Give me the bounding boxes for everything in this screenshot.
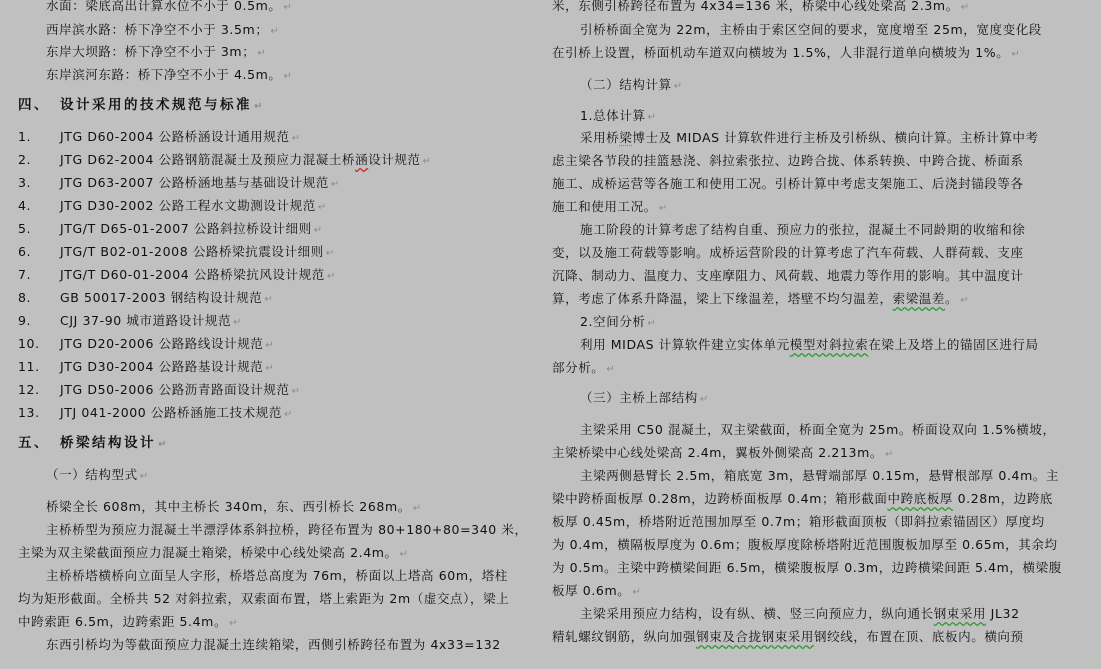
- paragraph-mark-icon: ↵: [257, 48, 266, 59]
- body-line: 主梁为双主梁截面预应力混凝土箱梁，桥梁中心线处梁高 2.4m。↵: [18, 545, 409, 563]
- body-line: 部分析。↵: [552, 360, 615, 378]
- body-line: 为 0.5m。主梁中跨横梁间距 6.5m，横梁腹板厚 0.3m，边跨横梁间距 5…: [552, 560, 1062, 576]
- paragraph-mark-icon: ↵: [400, 549, 409, 560]
- subheading-overall-calc: 1.总体计算↵: [580, 108, 657, 126]
- body-line: 变，以及施工荷载等影响。成桥运营阶段的计算考虑了汽车荷载、人群荷载、支座: [552, 245, 1024, 261]
- body-line: 施工和使用工况。↵: [552, 199, 668, 217]
- body-line: 施工阶段的计算考虑了结构自重、预应力的张拉，混凝土不同龄期的收缩和徐: [580, 222, 1025, 238]
- body-line: 均为矩形截面。全桥共 52 对斜拉索，双索面布置，塔上索距为 2m（虚交点），梁…: [18, 591, 509, 607]
- paragraph-mark-icon: ↵: [158, 439, 169, 450]
- paragraph-mark-icon: ↵: [1011, 49, 1020, 60]
- paragraph-mark-icon: ↵: [327, 271, 336, 282]
- body-line: 沉降、制动力、温度力、支座摩阻力、风荷载、地震力等作用的影响。其中温度计: [552, 268, 1024, 284]
- paragraph-mark-icon: ↵: [648, 112, 657, 123]
- paragraph-mark-icon: ↵: [960, 295, 969, 306]
- standard-item: 6.JTG/T B02-01-2008 公路桥梁抗震设计细则↵: [18, 244, 335, 262]
- paragraph-mark-icon: ↵: [326, 248, 335, 259]
- body-line: 主梁两侧悬臂长 2.5m，箱底宽 3m，悬臂端部厚 0.15m，悬臂根部厚 0.…: [580, 468, 1059, 484]
- body-line: 施工、成桥运营等各施工和使用工况。引桥计算中考虑支架施工、后浇封锚段等各: [552, 176, 1024, 192]
- paragraph-mark-icon: ↵: [659, 203, 668, 214]
- section-heading-4: 四、设计采用的技术规范与标准↵: [18, 97, 265, 115]
- paragraph-mark-icon: ↵: [292, 133, 301, 144]
- paragraph-mark-icon: ↵: [413, 503, 422, 514]
- standard-item: 12.JTG D50-2006 公路沥青路面设计规范↵: [18, 382, 301, 400]
- standard-item: 9.CJJ 37-90 城市道路设计规范↵: [18, 313, 242, 331]
- body-line: 虑主梁各节段的挂篮悬浇、斜拉索张拉、边跨合拢、体系转换、中跨合拢、桥面系: [552, 153, 1024, 169]
- subheading-structure-type: （一）结构型式↵: [46, 467, 149, 485]
- paragraph-mark-icon: ↵: [264, 294, 273, 305]
- paragraph-mark-icon: ↵: [140, 471, 149, 482]
- body-line: 主梁采用 C50 混凝土，双主梁截面，桥面全宽为 25m。桥面设双向 1.5%横…: [580, 422, 1056, 438]
- paragraph-mark-icon: ↵: [314, 225, 323, 236]
- paragraph-mark-icon: ↵: [229, 618, 238, 629]
- grammar-flag: 钢束及合拢钢束采用: [696, 629, 814, 644]
- body-line: 引桥桥面全宽为 22m，主桥由于索区空间的要求，宽度增至 25m，宽度变化段: [580, 22, 1042, 38]
- body-line: 利用 MIDAS 计算软件建立实体单元模型对斜拉索在梁上及塔上的锚固区进行局: [580, 337, 1039, 353]
- grammar-flag: 模型对斜拉索: [790, 337, 869, 352]
- standard-item: 1.JTG D60-2004 公路桥涵设计通用规范↵: [18, 129, 301, 147]
- clearance-water: 水面：梁底高出计算水位不小于 0.5m。↵: [46, 0, 293, 16]
- grammar-flag: 钢束采用: [934, 606, 986, 621]
- paragraph-mark-icon: ↵: [331, 179, 340, 190]
- paragraph-mark-icon: ↵: [632, 587, 641, 598]
- standard-item: 8.GB 50017-2003 钢结构设计规范↵: [18, 290, 273, 308]
- standard-item: 3.JTG D63-2007 公路桥涵地基与基础设计规范↵: [18, 175, 340, 193]
- spelling-flag: 涵: [355, 152, 368, 167]
- paragraph-mark-icon: ↵: [270, 26, 279, 37]
- paragraph-mark-icon: ↵: [284, 2, 293, 13]
- body-line: 精轧螺纹钢筋，纵向加强钢束及合拢钢束采用钢绞线，布置在顶、底板内。横向预: [552, 629, 1024, 645]
- paragraph-mark-icon: ↵: [648, 318, 657, 329]
- body-line: 主桥桥塔横桥向立面呈人字形，桥塔总高度为 76m，桥面以上塔高 60m，塔柱: [46, 568, 508, 584]
- body-line: 板厚 0.45m，桥塔附近范围加厚至 0.7m；箱形截面顶板（即斜拉索锚固区）厚…: [552, 514, 1045, 530]
- paragraph-mark-icon: ↵: [885, 449, 894, 460]
- body-line: 采用桥梁博士及 MIDAS 计算软件进行主桥及引桥纵、横向计算。主桥计算中考: [580, 130, 1039, 146]
- grammar-flag: 索梁温差: [893, 291, 945, 306]
- body-line: 梁中跨桥面板厚 0.28m，边跨桥面板厚 0.4m；箱形截面中跨底板厚 0.28…: [552, 491, 1053, 507]
- body-line: 主梁桥梁中心线处梁高 2.4m，翼板外侧梁高 2.213m。↵: [552, 445, 894, 463]
- standard-item: 10.JTG D20-2006 公路路线设计规范↵: [18, 336, 274, 354]
- body-line: 为 0.4m，横隔板厚度为 0.6m；腹板厚度除桥塔附近范围腹板加厚至 0.65…: [552, 537, 1058, 553]
- section-heading-5: 五、桥梁结构设计↵: [18, 435, 169, 453]
- smart-tag-flag: 梁: [619, 130, 632, 145]
- paragraph-mark-icon: ↵: [318, 202, 327, 213]
- paragraph-mark-icon: ↵: [423, 156, 432, 167]
- body-line: 算，考虑了体系升降温，梁上下缘温差，塔壁不均匀温差，索梁温差。↵: [552, 291, 969, 309]
- standard-item: 7.JTG/T D60-01-2004 公路桥梁抗风设计规范↵: [18, 267, 336, 285]
- subheading-spatial-analysis: 2.空间分析↵: [580, 314, 657, 332]
- grammar-flag: 中跨底板厚: [888, 491, 954, 506]
- paragraph-mark-icon: ↵: [265, 340, 274, 351]
- body-line: 中跨索距 6.5m，边跨索距 5.4m。↵: [18, 614, 238, 632]
- paragraph-mark-icon: ↵: [233, 317, 242, 328]
- body-line: 东西引桥均为等截面预应力混凝土连续箱梁，西侧引桥跨径布置为 4x33=132: [46, 637, 501, 653]
- paragraph-mark-icon: ↵: [961, 2, 970, 13]
- paragraph-mark-icon: ↵: [606, 364, 615, 375]
- standard-item: 13.JTJ 041-2000 公路桥涵施工技术规范↵: [18, 405, 293, 423]
- paragraph-mark-icon: ↵: [284, 71, 293, 82]
- body-line: 桥梁全长 608m，其中主桥长 340m，东、西引桥长 268m。↵: [46, 499, 422, 517]
- body-line: 在引桥上设置，桥面机动车道双向横坡为 1.5%，人非混行道单向横坡为 1%。↵: [552, 45, 1020, 63]
- body-line: 米，东侧引桥跨径布置为 4x34=136 米，桥梁中心线处梁高 2.3m。↵: [552, 0, 970, 16]
- paragraph-mark-icon: ↵: [674, 81, 683, 92]
- subheading-main-superstructure: （三）主桥上部结构↵: [580, 390, 709, 408]
- subheading-structural-calc: （二）结构计算↵: [580, 77, 683, 95]
- standard-item: 11.JTG D30-2004 公路路基设计规范↵: [18, 359, 274, 377]
- clearance-east-dam-road: 东岸大坝路：桥下净空不小于 3m；↵: [46, 44, 266, 62]
- paragraph-mark-icon: ↵: [254, 101, 265, 112]
- paragraph-mark-icon: ↵: [265, 363, 274, 374]
- standard-item: 2.JTG D62-2004 公路钢筋混凝土及预应力混凝土桥涵设计规范↵: [18, 152, 432, 170]
- standard-item: 5.JTG/T D65-01-2007 公路斜拉桥设计细则↵: [18, 221, 323, 239]
- paragraph-mark-icon: ↵: [284, 409, 293, 420]
- body-line: 板厚 0.6m。↵: [552, 583, 641, 601]
- body-line: 主梁采用预应力结构，设有纵、横、竖三向预应力，纵向通长钢束采用 JL32: [580, 606, 1020, 622]
- clearance-west-road: 西岸滨水路：桥下净空不小于 3.5m；↵: [46, 22, 279, 40]
- clearance-east-river-road: 东岸滨河东路：桥下净空不小于 4.5m。↵: [46, 67, 293, 85]
- standard-item: 4.JTG D30-2002 公路工程水文勘测设计规范↵: [18, 198, 327, 216]
- paragraph-mark-icon: ↵: [700, 394, 709, 405]
- paragraph-mark-icon: ↵: [292, 386, 301, 397]
- body-line: 主桥桥型为预应力混凝土半漂浮体系斜拉桥，跨径布置为 80+180+80=340 …: [46, 522, 528, 538]
